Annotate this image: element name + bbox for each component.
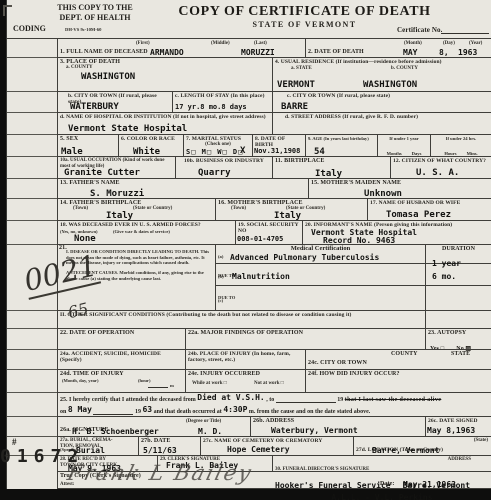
funeral-address-label: ADDRESS — [448, 457, 471, 463]
row-certify-statement: 25. I hereby certify that I attended the… — [58, 392, 491, 416]
usual-residence-label: 4. USUAL RESIDENCE (If institution—resid… — [275, 59, 489, 65]
marital-check-mark: X — [240, 146, 245, 156]
death-county-value: WASHINGTON — [81, 72, 135, 82]
place-of-injury-label: 24b. PLACE OF INJURY (In home, farm, fac… — [188, 351, 303, 364]
residence-county-value: WASHINGTON — [363, 80, 417, 90]
occupation-value: Granite Cutter — [64, 168, 140, 178]
field-length-of-stay: c. LENGTH OF STAY (In this place) 17 yr.… — [173, 92, 273, 112]
field-injury-city: 24c. CITY OR TOWN COUNTY STATE — [306, 350, 491, 369]
certify-on: on — [60, 409, 66, 415]
coding-cell — [7, 311, 57, 329]
operation-findings-label: 22a. MAJOR FINDINGS OF OPERATION — [188, 330, 423, 337]
cause-c-sublabel: (c) — [218, 298, 223, 304]
cause-a-row: Medical Certification (a) Advanced Pulmo… — [216, 245, 425, 264]
industry-label: 10b. BUSINESS OR INDUSTRY — [178, 158, 270, 164]
attended-from-value: Died at V.S.H. — [197, 393, 264, 402]
field-under-1-year: If under 1 year Months Days — [378, 135, 431, 156]
duration-b-value: 6 mo. — [432, 272, 456, 281]
certify-19-1: 19 — [337, 397, 343, 403]
field-under-24-hrs: If under 24 hrs. Hours Mins. — [431, 135, 491, 156]
struck-last-saw-text: that I last saw the deceased alive — [345, 397, 442, 403]
certify-text-1: I hereby certify that I attended the dec… — [69, 397, 196, 403]
coding-cell — [7, 350, 57, 370]
injury-county-label: COUNTY — [391, 351, 418, 358]
injury-occurred-label: 24e. INJURY OCCURRED — [188, 371, 303, 378]
marital-options: S□ M□ W□ D□ — [186, 148, 243, 156]
death-date-typed: 8 May — [68, 405, 92, 414]
burial-state-sublabel: (State) — [474, 438, 488, 444]
certify-text-4: m. from the cause and on the date stated… — [249, 409, 370, 415]
last-name-value: MORUZZI — [241, 48, 275, 57]
street-address-label: d. STREET ADDRESS (If rural, give R. F. … — [275, 114, 489, 120]
field-armed-forces: 18. WAS DECEASED EVER IN U. S. ARMED FOR… — [58, 221, 236, 244]
field-causes: Medical Certification (a) Advanced Pulmo… — [216, 245, 426, 310]
certify-number: 25. — [60, 397, 68, 403]
father-state-sublabel: (State or Country) — [133, 206, 172, 212]
armed-forces-label: 18. WAS DECEASED EVER IN U. S. ARMED FOR… — [60, 222, 233, 228]
row-city-stay: b. CITY OR TOWN (If rural, please state)… — [58, 91, 491, 112]
field-spouse: 17. NAME OF HUSBAND OR WIFE Tomasa Perez — [368, 199, 491, 220]
attest-date-label: Date: — [380, 481, 395, 488]
spouse-label: 17. NAME OF HUSBAND OR WIFE — [370, 200, 489, 206]
copy-line-2: DEPT. OF HEALTH — [35, 13, 155, 23]
injury-date-sublabel: (Month, day, year) — [62, 378, 99, 384]
state-sublabel: a. STATE — [291, 66, 312, 72]
burial-location-value: Barre, Vermont — [372, 446, 439, 455]
field-race: 6. COLOR OR RACE White — [119, 135, 184, 156]
field-physician-signature: 26a. SIGNATURE (Degree or Title) H. B. S… — [58, 417, 251, 436]
form-code: DH-VS 9c-10M-60 — [65, 27, 101, 33]
field-duration: DURATION 1 year 6 mo. — [426, 245, 491, 310]
scanned-death-certificate: THIS COPY TO THE DEPT. OF HEALTH CODING … — [0, 0, 491, 500]
coding-cell — [7, 393, 57, 417]
coding-cell — [7, 417, 57, 437]
row-physician: 26a. SIGNATURE (Degree or Title) H. B. S… — [58, 416, 491, 436]
citizen-value: U. S. A. — [416, 168, 459, 178]
armed-forces-sub2: (Give war & dates of service) — [113, 229, 170, 235]
mins-sublabel: Mins. — [467, 151, 478, 156]
coding-cell — [7, 370, 57, 393]
clerk-cursive-signature: Frank L Bailey — [65, 461, 255, 485]
field-mothers-birthplace: 16. MOTHER'S BIRTHPLACE (Town) (State or… — [216, 199, 368, 220]
row-occupation: 10a. USUAL OCCUPATION (Kind of work done… — [58, 156, 491, 178]
certificate-title: COPY OF CERTIFICATE OF DEATH — [167, 4, 442, 20]
field-informant: 20. INFORMANT'S NAME (Person giving this… — [303, 221, 491, 244]
day-sublabel: (Day) — [443, 41, 455, 47]
field-other-conditions-duration — [426, 311, 491, 328]
cause-b-value: Malnutrition — [232, 272, 290, 281]
degree-sublabel: (Degree or Title) — [186, 419, 221, 425]
field-hospital: d. NAME OF HOSPITAL OR INSTITUTION (If n… — [58, 113, 273, 134]
certify-blank-2 — [93, 407, 133, 415]
row-birthplaces-spouse: 14. FATHER'S BIRTHPLACE (Town) (State or… — [58, 198, 491, 220]
coding-cell — [7, 157, 57, 179]
field-fathers-name: 13. FATHER'S NAME S. Moruzzi — [58, 179, 309, 198]
field-place-of-death: 3. PLACE OF DEATH a. COUNTY WASHINGTON — [58, 58, 273, 91]
armed-forces-value: None — [74, 234, 96, 244]
row-place-residence: 3. PLACE OF DEATH a. COUNTY WASHINGTON 4… — [58, 57, 491, 91]
date-signed-value: May 8,1963 — [427, 426, 475, 435]
field-age: 9. AGE (In years last birthday) 54 — [306, 135, 378, 156]
mothers-maiden-label: 15. MOTHER'S MAIDEN NAME — [311, 180, 489, 187]
field-funeral-director: 30. FUNERAL DIRECTOR'S SIGNATURE ADDRESS… — [273, 456, 491, 471]
ssn-value: 008-01-4705 — [237, 235, 283, 243]
row-injury-place: 24a. ACCIDENT, SUICIDE, HOMICIDE (Specif… — [58, 349, 491, 369]
field-mothers-maiden-name: 15. MOTHER'S MAIDEN NAME Unknown — [309, 179, 491, 198]
coding-cell — [7, 329, 57, 350]
coding-cell — [7, 179, 57, 199]
last-sublabel: (Last) — [254, 41, 267, 47]
hours-sublabel: Hours — [444, 151, 456, 156]
certify-blank-1 — [276, 395, 336, 403]
under-24hr-label: If under 24 hrs. — [433, 136, 489, 142]
field-ssn: 19. SOCIAL SECURITY NO 008-01-4705 — [236, 221, 303, 244]
industry-value: Quarry — [198, 168, 231, 178]
fathers-name-label: 13. FATHER'S NAME — [60, 180, 306, 187]
row-demographics: 5. SEX Male 6. COLOR OR RACE White 7. MA… — [58, 134, 491, 156]
autopsy-label: 23. AUTOPSY — [428, 330, 489, 337]
row-hospital-street: d. NAME OF HOSPITAL OR INSTITUTION (If n… — [58, 112, 491, 134]
accident-label: 24a. ACCIDENT, SUICIDE, HOMICIDE (Specif… — [60, 351, 183, 364]
row-forces-ssn-informant: 18. WAS DECEASED EVER IN U. S. ARMED FOR… — [58, 220, 491, 244]
coding-cell — [7, 113, 57, 135]
row-injury-details: 24d. TIME OF INJURY (Month, day, year) (… — [58, 369, 491, 392]
length-of-stay-label: c. LENGTH OF STAY (In this place) — [175, 93, 270, 99]
duration-header: DURATION — [426, 245, 491, 253]
death-day-value: 8, — [439, 48, 449, 57]
cemetery-label: 27c. NAME OF CEMETERY OR CREMATORY — [203, 438, 351, 444]
certificate-no-label: Certificate No. — [397, 26, 442, 34]
burial-date-label: 27b. DATE — [141, 438, 198, 445]
residence-city-value: BARRE — [281, 102, 308, 112]
certificate-document: THIS COPY TO THE DEPT. OF HEALTH CODING … — [6, 0, 491, 489]
birthplace-label: 11. BIRTHPLACE — [275, 158, 388, 165]
field-street-address: d. STREET ADDRESS (If rural, give R. F. … — [273, 113, 491, 134]
field-full-name: 1. FULL NAME OF DECEASED (First) (Middle… — [58, 39, 306, 57]
not-at-work-checkbox: Not at work □ — [254, 381, 284, 387]
field-accident-suicide: 24a. ACCIDENT, SUICIDE, HOMICIDE (Specif… — [58, 350, 186, 369]
field-burial-date: 27b. DATE 5/11/63 — [139, 437, 201, 455]
row-burial: 27a. BURIAL, CREMA- TION, REMOVAL (Speci… — [58, 436, 491, 455]
hospital-label: d. NAME OF HOSPITAL OR INSTITUTION (If n… — [60, 114, 270, 120]
coding-label: CODING — [13, 24, 46, 34]
dob-value: Nov.31,1908 — [254, 147, 300, 155]
time-of-injury-label: 24d. TIME OF INJURY — [60, 371, 183, 378]
middle-sublabel: (Middle) — [211, 41, 230, 47]
death-year-value: 1963 — [458, 48, 477, 57]
injury-state-label: STATE — [451, 351, 470, 358]
cause-b-row: DUE TO (b) Malnutrition — [216, 264, 425, 286]
month-sublabel: (Month) — [404, 41, 422, 47]
field-operation-findings: 22a. MAJOR FINDINGS OF OPERATION — [186, 329, 426, 349]
operation-date-label: 22. DATE OF OPERATION — [60, 330, 183, 337]
scan-corner-mark — [3, 5, 12, 16]
field-sex: 5. SEX Male — [58, 135, 119, 156]
field-death-city: b. CITY OR TOWN (If rural, please state)… — [58, 92, 173, 112]
cause-c-row: DUE TO (c) — [216, 286, 425, 310]
field-usual-residence: 4. USUAL RESIDENCE (If institution—resid… — [273, 58, 491, 91]
hospital-value: Vermont State Hospital — [68, 124, 187, 134]
medical-certification-header: Medical Certification — [216, 245, 425, 252]
row-operation-autopsy: 22. DATE OF OPERATION 22a. MAJOR FINDING… — [58, 328, 491, 349]
sex-label: 5. SEX — [60, 136, 116, 143]
cemetery-value: Hope Cemetery — [227, 445, 290, 454]
injury-time-blank — [148, 380, 168, 388]
cause-a-value: Advanced Pulmonary Tuberculosis — [230, 253, 379, 262]
field-industry: 10b. BUSINESS OR INDUSTRY Quarry — [176, 157, 273, 178]
mother-town-sublabel: (Town) — [231, 206, 246, 212]
injury-m-suffix: m — [170, 383, 174, 389]
how-injury-label: 24f. HOW DID INJURY OCCUR? — [308, 371, 489, 378]
row-father-mother: 13. FATHER'S NAME S. Moruzzi 15. MOTHER'… — [58, 178, 491, 198]
field-occupation: 10a. USUAL OCCUPATION (Kind of work done… — [58, 157, 176, 178]
duration-b-cell: 6 mo. — [426, 264, 491, 286]
row-name-death-date: 1. FULL NAME OF DECEASED (First) (Middle… — [58, 38, 491, 57]
field-autopsy: 23. AUTOPSY Yes □ No ▨ — [426, 329, 491, 349]
year-sublabel: (Year) — [469, 41, 482, 47]
row-other-conditions: II. OTHER SIGNIFICANT CONDITIONS (Contri… — [58, 310, 491, 328]
field-fathers-birthplace: 14. FATHER'S BIRTHPLACE (Town) (State or… — [58, 199, 216, 220]
med-cert-number: 21. — [59, 245, 67, 252]
field-how-injury: 24f. HOW DID INJURY OCCUR? — [306, 370, 491, 392]
field-residence-city: c. CITY OR TOWN (If rural, please state)… — [273, 92, 491, 112]
residence-state-value: VERMONT — [277, 80, 315, 90]
field-certify-statement: 25. I hereby certify that I attended the… — [58, 393, 491, 416]
field-date-signed: 26c. DATE SIGNED May 8,1963 — [426, 417, 491, 436]
coding-cell — [7, 221, 57, 245]
while-at-work-checkbox: While at work □ — [192, 381, 227, 387]
ssn-label: 19. SOCIAL SECURITY NO — [238, 222, 300, 235]
attest-date-value: May 21,1963 — [403, 480, 456, 489]
funeral-director-names: A.L.L. - V.L. Perkins — [275, 493, 489, 500]
residence-city-label: c. CITY OR TOWN (If rural, please state) — [275, 93, 489, 99]
cause-b-sublabel: (b) — [218, 274, 224, 280]
other-conditions-label: II. OTHER SIGNIFICANT CONDITIONS (Contri… — [60, 312, 423, 318]
copy-to-dept: THIS COPY TO THE DEPT. OF HEALTH — [35, 3, 155, 22]
field-time-of-injury: 24d. TIME OF INJURY (Month, day, year) (… — [58, 370, 186, 392]
injury-city-label: 24c. CITY OR TOWN — [308, 360, 367, 366]
father-town-sublabel: (Town) — [73, 206, 88, 212]
physician-address-label: 26b. ADDRESS — [253, 418, 423, 425]
first-sublabel: (First) — [136, 41, 150, 47]
date-signed-label: 26c. DATE SIGNED — [428, 418, 489, 424]
coding-cell — [7, 92, 57, 113]
field-marital-status: 7. MARITAL STATUS (Check one) S□ M□ W□ D… — [184, 135, 253, 156]
physician-degree-value: M. D. — [198, 427, 222, 436]
field-burial-location: 27d. LOCATION (Town or County) (State) B… — [354, 437, 491, 455]
age-label: 9. AGE (In years last birthday) — [308, 136, 375, 142]
field-physician-address: 26b. ADDRESS Waterbury, Vermont — [251, 417, 426, 436]
death-date-label: 2. DATE OF DEATH — [308, 49, 364, 55]
days-sublabel: Days — [412, 151, 422, 156]
under-1yr-label: If under 1 year — [380, 136, 428, 142]
county-sublabel: a. COUNTY — [66, 65, 93, 71]
coding-cell — [7, 199, 57, 221]
months-sublabel: Months — [387, 151, 402, 156]
length-of-stay-value: 17 yr.8 mo.8 days — [175, 103, 247, 111]
coding-cell — [7, 39, 57, 58]
cause-a-sublabel: (a) — [218, 254, 223, 260]
field-date-of-operation: 22. DATE OF OPERATION — [58, 329, 186, 349]
field-other-conditions: II. OTHER SIGNIFICANT CONDITIONS (Contri… — [58, 311, 426, 328]
res-county-sublabel: b. COUNTY — [391, 66, 418, 72]
full-name-label: 1. FULL NAME OF DECEASED — [60, 49, 148, 55]
death-year-typed: 63 — [142, 405, 152, 414]
physician-name-value: H. B. Schoenberger — [72, 427, 159, 436]
burial-date-value: 5/11/63 — [143, 446, 177, 455]
coding-cell — [7, 135, 57, 157]
field-place-of-injury: 24b. PLACE OF INJURY (In home, farm, fac… — [186, 350, 306, 369]
death-month-value: MAY — [403, 48, 417, 57]
certificate-no-blank — [441, 26, 489, 34]
field-injury-occurred: 24e. INJURY OCCURRED While at work □ Not… — [186, 370, 306, 392]
duration-a-cell: 1 year — [426, 253, 491, 264]
certify-19-2: 19 — [135, 409, 141, 415]
row-medical-certification: 21. I. DISEASE OR CONDITION DIRECTLY LEA… — [58, 244, 491, 310]
field-cemetery: 27c. NAME OF CEMETERY OR CREMATORY Hope … — [201, 437, 354, 455]
copy-line-1: THIS COPY TO THE — [35, 3, 155, 13]
physician-address-value: Waterbury, Vermont — [271, 426, 358, 435]
citizen-label: 12. CITIZEN OF WHAT COUNTRY? — [393, 158, 489, 164]
coding-cell — [7, 58, 57, 92]
death-city-value: WATERBURY — [70, 102, 119, 112]
field-citizen: 12. CITIZEN OF WHAT COUNTRY? U. S. A. — [391, 157, 491, 178]
first-name-value: ARMANDO — [150, 48, 184, 57]
certify-text-3: and that death occurred at — [154, 409, 222, 415]
spouse-value: Tomasa Perez — [386, 210, 451, 220]
certify-text-2: , to — [266, 397, 274, 403]
field-date-of-death: 2. DATE OF DEATH (Month) (Day) (Year) MA… — [306, 39, 491, 57]
race-label: 6. COLOR OR RACE — [121, 136, 181, 142]
field-birthplace: 11. BIRTHPLACE Italy — [273, 157, 391, 178]
death-time-value: 4:30P — [223, 405, 247, 414]
field-date-of-birth: 8. DATE OF BIRTH Nov.31,1908 — [253, 135, 306, 156]
